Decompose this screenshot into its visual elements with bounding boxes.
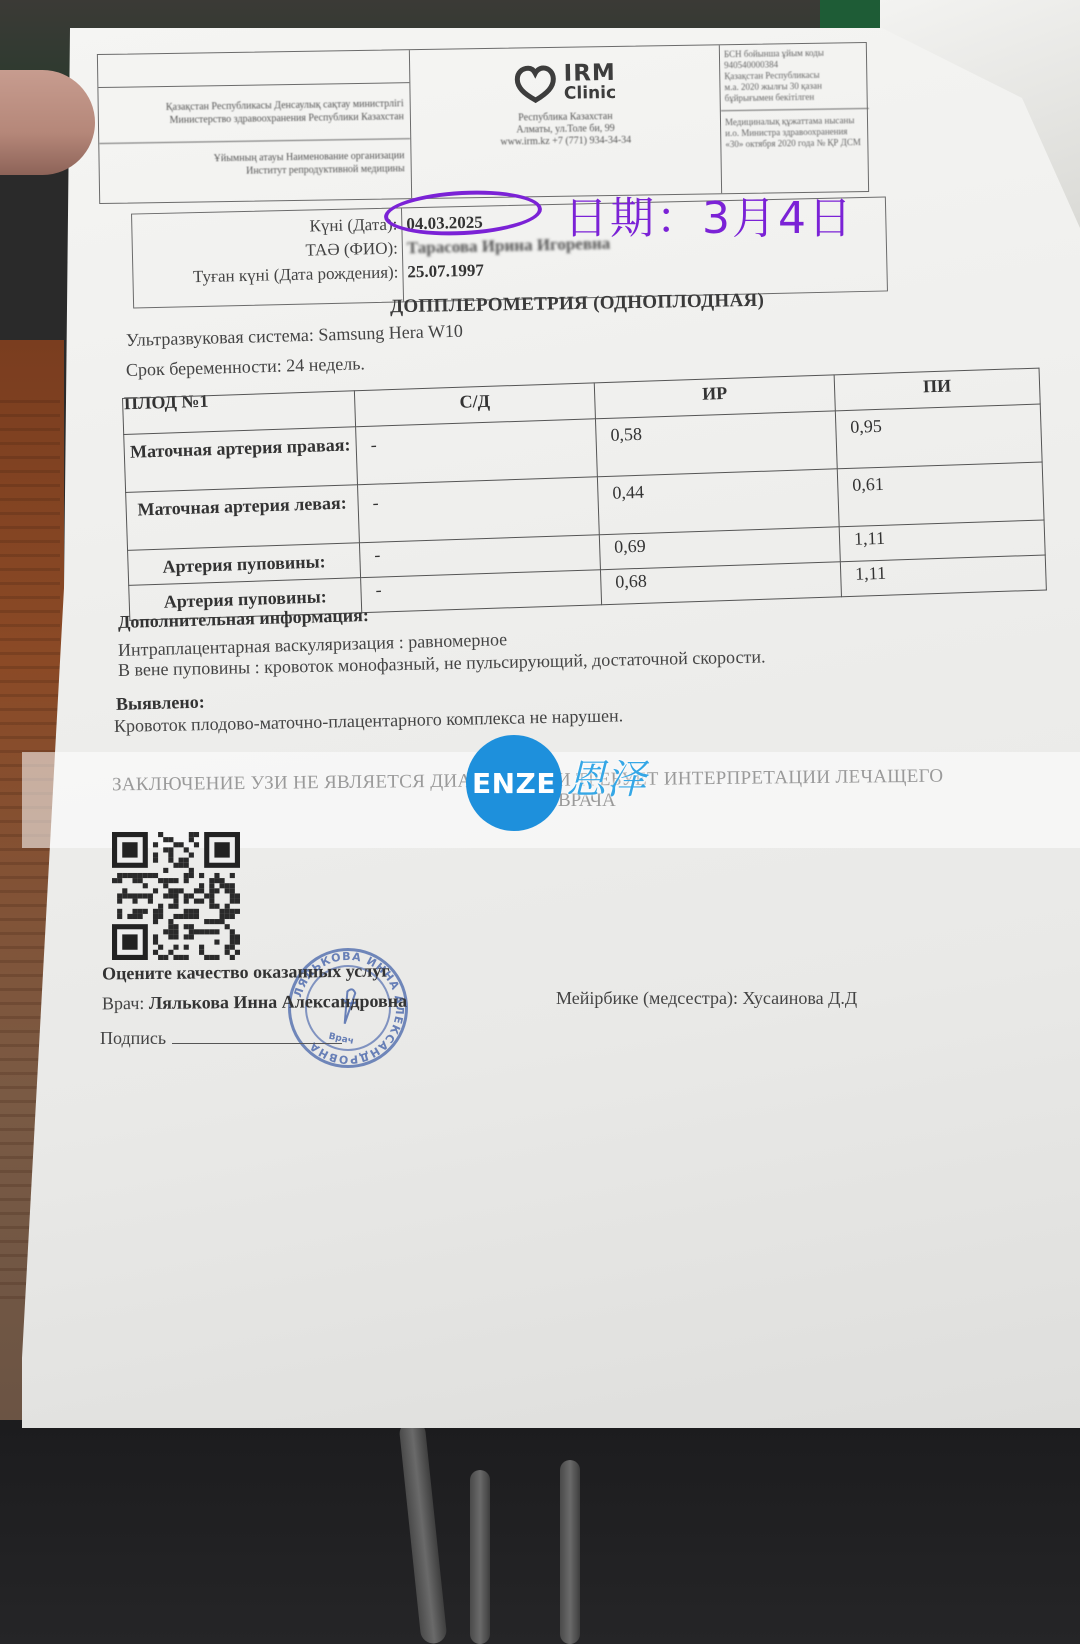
doctor-label: Врач: [102, 993, 145, 1013]
cell-pi: 1,11 [840, 555, 1046, 597]
watermark-brand-cn: 恩泽 [566, 748, 646, 805]
rate-quality-line: Оцените качество оказанных услуг [102, 960, 390, 984]
form-code-line: бұйрығымен бекітілген [725, 91, 865, 104]
gestation-value: 24 [286, 355, 305, 375]
gestation-line: Срок беременности: 24 недель. [126, 353, 365, 381]
doctor-name: Лялькова Инна Александровна [149, 991, 407, 1013]
document-content: Қазақстан Республикасы Денсаулық сақтау … [0, 0, 1080, 1644]
document-header-table: Қазақстан Республикасы Денсаулық сақтау … [97, 42, 869, 204]
watermark-brand: ENZE [472, 767, 556, 800]
doppler-results-table: С/Д ИР ПИ Маточная артерия правая: - 0,5… [122, 368, 1047, 621]
signature-label: Подпись [100, 1028, 166, 1048]
cell-pi: 0,95 [835, 404, 1042, 469]
qr-code-icon [112, 832, 240, 960]
cell-ir: 0,68 [600, 562, 841, 605]
clinic-logo-clinic: Clinic [564, 83, 616, 104]
cell-ir: 0,58 [595, 411, 837, 477]
cell-sd: - [356, 419, 598, 485]
row-label: Маточная артерия правая: [124, 427, 358, 493]
enze-watermark-logo: ENZE [466, 735, 562, 831]
gestation-label: Срок беременности: [126, 356, 282, 380]
cell-pi: 0,61 [837, 462, 1044, 527]
findings-heading: Выявлено: [116, 692, 205, 715]
heart-logo-icon [514, 65, 559, 104]
rate-quality-text: Оцените качество оказанных услуг [102, 960, 390, 983]
gestation-unit: недель. [308, 353, 365, 375]
cell-sd: - [358, 477, 600, 543]
form-approval-line: «30» октября 2020 года № ҚР ДСМ [725, 137, 865, 150]
ultrasound-value: Samsung Hera W10 [318, 321, 463, 345]
row-label: Маточная артерия левая: [126, 485, 360, 551]
ultrasound-label: Ультразвуковая система: [126, 325, 314, 350]
doctor-line: Врач: Лялькова Инна Александровна [102, 991, 407, 1015]
nurse-label: Мейірбике (медсестра): [556, 988, 738, 1008]
signature-field [172, 1043, 342, 1044]
clinic-logo-irm: IRM [564, 63, 616, 84]
nurse-name: Хусаинова Д.Д [742, 988, 857, 1008]
signature-line: Подпись [100, 1028, 342, 1049]
ultrasound-system-line: Ультразвуковая система: Samsung Hera W10 [126, 321, 463, 351]
cell-ir: 0,44 [597, 469, 839, 535]
nurse-line: Мейірбике (медсестра): Хусаинова Д.Д [556, 988, 857, 1009]
dob-value: 25.07.1997 [407, 256, 611, 285]
header-form-code-column: БСН бойынша ұйым коды 940540000384 Қазақ… [720, 43, 870, 193]
cell-sd: - [361, 570, 602, 613]
dob-label: Туған күні (Дата рождения): [133, 261, 398, 291]
header-clinic-column: IRM Clinic Республика Казахстан Алматы, … [410, 45, 722, 198]
clinic-logo: IRM Clinic [410, 61, 720, 106]
header-ministry-column: Қазақстан Республикасы Денсаулық сақтау … [98, 50, 412, 203]
date-annotation: 日期：3月4日 [564, 182, 854, 246]
